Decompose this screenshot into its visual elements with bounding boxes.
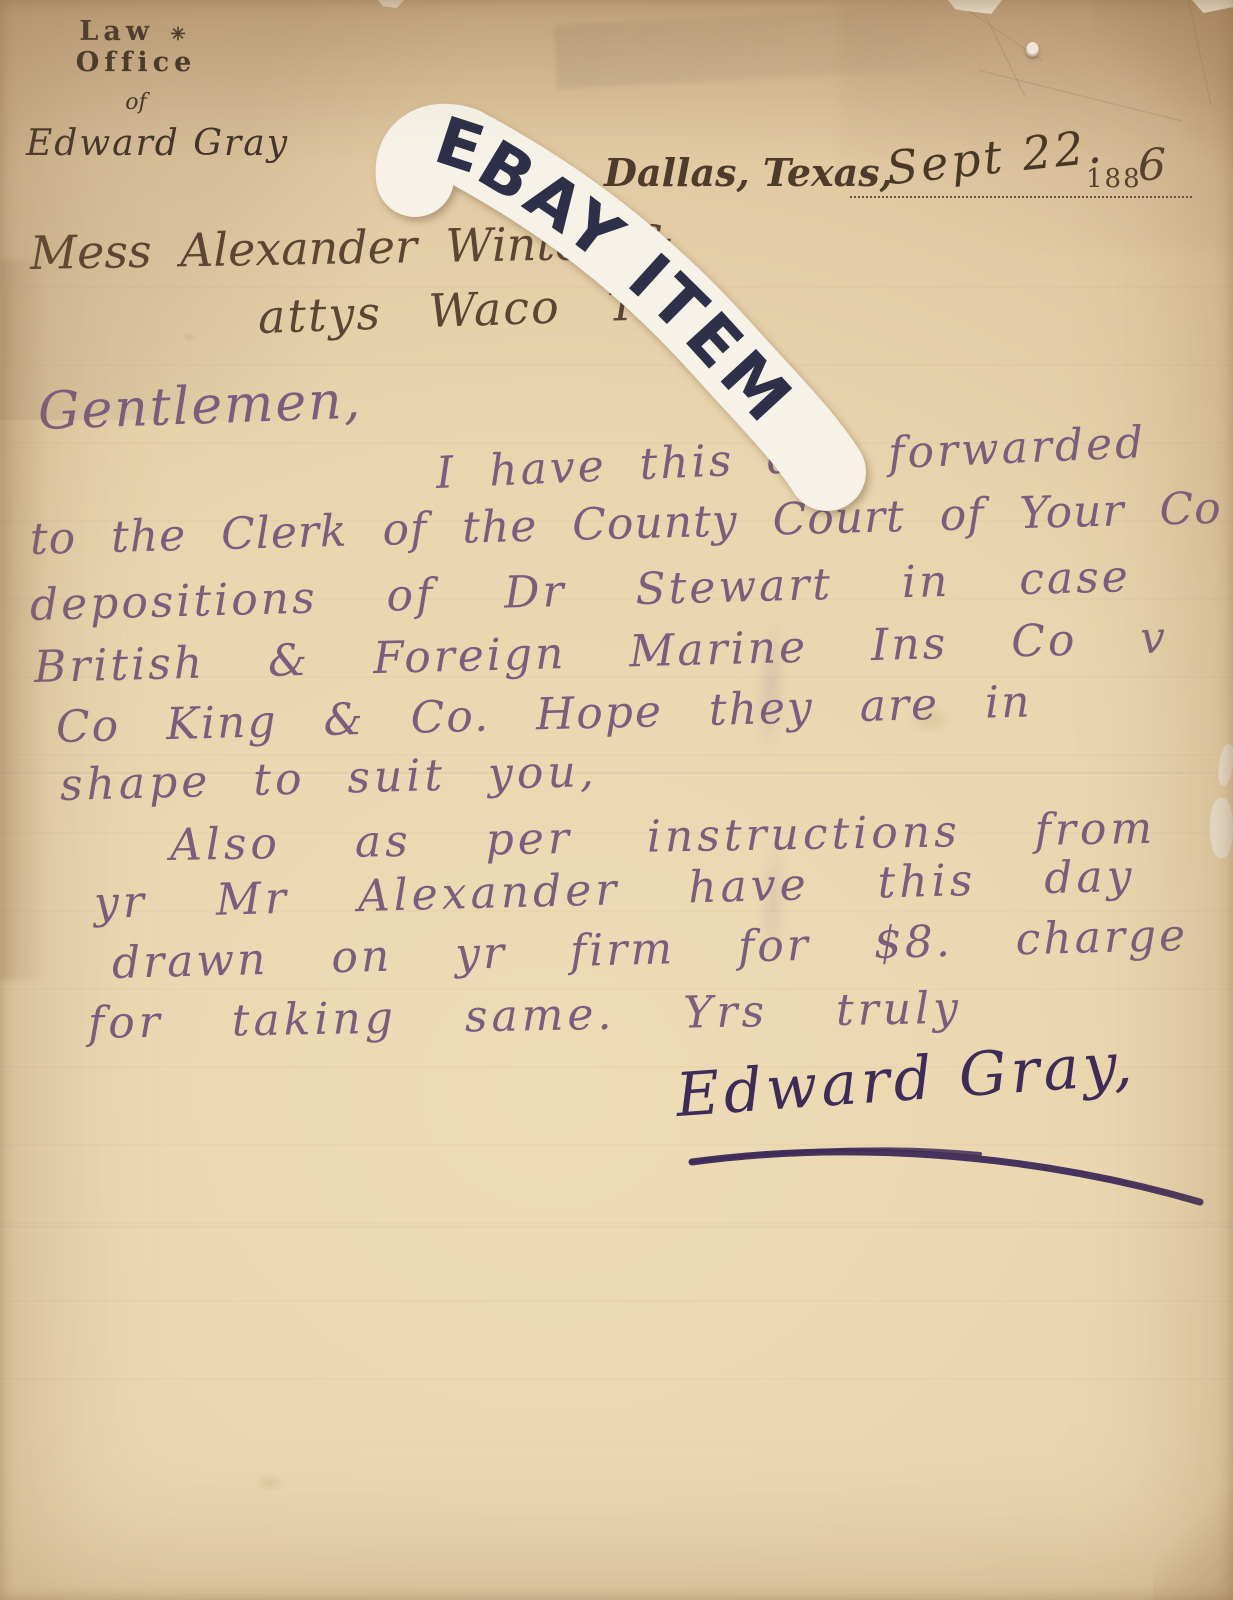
pinhole [1026,42,1039,57]
dateline-year-handwritten: 6 [1138,140,1166,191]
letterhead-name: Edward Gray [26,123,246,164]
age-spot [250,1470,290,1496]
scanned-letter: Law ✳ Office of Edward Gray Dallas, Texa… [0,0,1233,1600]
recipient-line: attys Waco Tx, [257,279,685,340]
fold-crease [0,1226,1233,1230]
recipient-line: Mess Alexander Winter & [30,219,674,276]
paper-corner-shade [1153,1490,1233,1600]
age-spot [180,330,198,344]
letterhead-word-law: Law [79,16,154,47]
paper-chip [1210,798,1233,858]
letterhead-of: of [26,90,246,115]
salutation: Gentlemen, [37,375,363,438]
letterhead: Law ✳ Office of Edward Gray [26,16,246,164]
ornament-asterisk-icon: ✳ [169,24,193,45]
letterhead-word-office: Office [76,47,197,78]
letterhead-title: Law ✳ Office [26,16,246,78]
dateline-year-printed: 188 [1086,164,1142,194]
